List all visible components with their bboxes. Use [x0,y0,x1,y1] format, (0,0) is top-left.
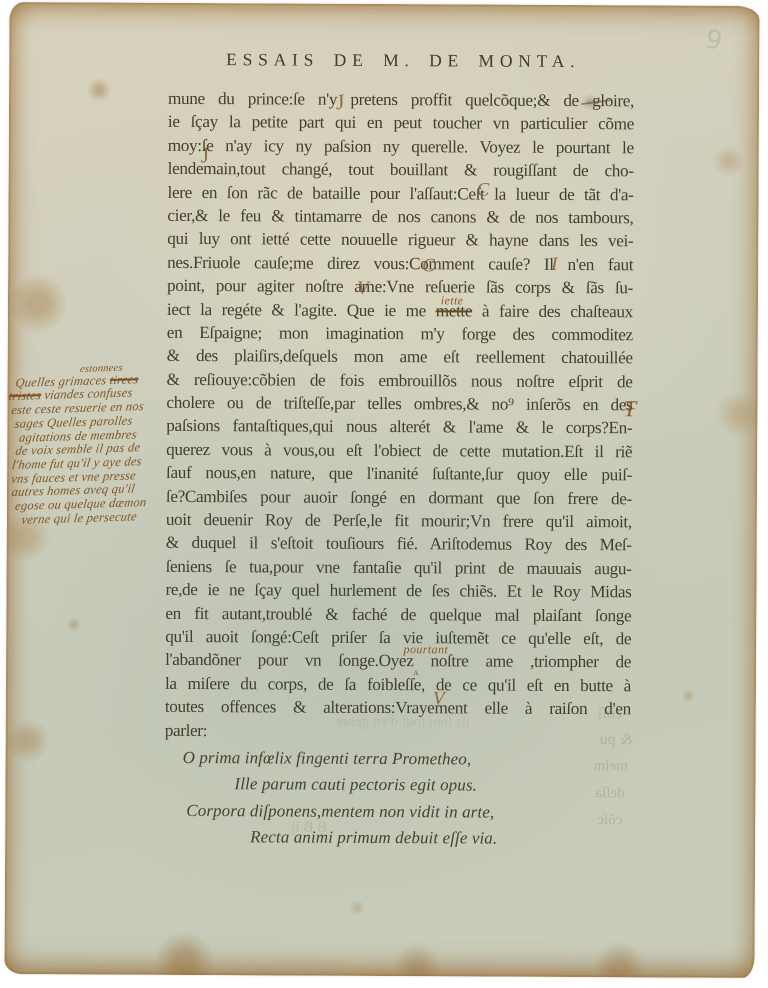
text-line: mune du prince:ſe n'y pretens proffit qu… [168,87,634,113]
verse-line: O prima infœlix fingenti terra Prometheo… [183,745,631,774]
ink-bleedthrough: meſm [594,758,628,775]
caret-mark: ʌ [413,662,418,685]
verse-line: Ille parum cauti pectoris egit opus. [234,772,630,800]
text-line-with-insertion: l'abandõner pour vn ſonge.Oyezpourtantʌ … [165,648,631,674]
text-line: la miſere du corps, de ſa foibleſſe, de … [165,672,631,698]
ink-correction-mark: C [477,180,490,199]
text-line: lendemain,tout changé, tout bouillant & … [168,157,634,183]
ink-bleedthrough: B B ij [291,820,327,837]
ink-bleedthrough: ils ſont tout d'vn genre [336,714,470,732]
text-segment: à faire des chaſteaux [472,301,633,321]
text-line: ſauf nous,en nature, que l'inanité ſuſta… [166,461,632,487]
verse-line: Corpora diſponens,mentem non vidit in ar… [186,798,630,827]
text-line: moy:ſe n'ay icy ny paſsion ny querelle. … [168,134,634,160]
text-line: nes.Friuole cauſe;me direz vous:Comment … [167,251,633,277]
ink-bleedthrough: & pu [600,731,633,749]
ink-correction-mark: I [551,255,557,274]
handwritten-marginalia: estonnees Quelles grimaces tirees triste… [8,360,185,527]
text-line: ſe?Cambiſes pour auoir ſongé en dormant … [166,485,632,511]
text-line: paſsions fantaſtiques,qui nous alterét &… [166,414,632,440]
text-line: point, pour agiter noſtre ame:Vne reſuer… [167,274,633,300]
ink-correction-mark: V [357,279,369,298]
text-line: & reſiouye:cõbien de fois embrouillõs no… [167,368,633,394]
ink-bleedthrough: deſſa [595,785,624,802]
text-line: ie ſçay la petite part qui en peut touch… [168,110,634,136]
text-line: qu'il auoit ſongé:Ceſt priſer ſa vie iuſ… [165,625,631,651]
text-line: uoit deuenir Roy de Perſe,le fit mourir;… [166,508,632,534]
text-line: & des plaiſirs,deſquels mon ame eſt reel… [167,344,633,370]
text-line: cholere ou de triſteſſe,par telles ombre… [166,391,632,417]
book-page: ESSAIS DE M. DE MONTA. 9 mune du prince:… [4,2,759,978]
ink-bleedthrough: cõſi [598,705,622,723]
text-line-with-correction: iect la regéte & l'agite. Que ie me mett… [167,297,633,323]
running-title: ESSAIS DE M. DE MONTA. [168,49,638,72]
text-line: cier,& le feu & tintamarre de nos canons… [167,204,633,230]
text-line: qui luy ont ietté cette nouuelle rigueur… [167,227,633,253]
text-line: querez vous à vous,ou eſt l'obiect de ce… [166,438,632,464]
pencil-page-mark: 9 [702,24,725,57]
text-segment: iect la regéte & l'agite. Que ie me [167,299,436,319]
ink-bleedthrough: cõſc [597,812,622,829]
paragraph-insertion-mark: Ŧ [623,397,636,420]
body-text: mune du prince:ſe n'y pretens proffit qu… [165,87,634,744]
interlinear-note: iette [441,289,464,313]
text-line: re,de ie ne ſçay quel hurlement de ſes c… [165,578,631,604]
marginalia-struck-word: tirees [109,372,140,387]
correction-wrap: metteiette [436,301,473,320]
text-line: & duquel il s'eſtoit touſiours fié. Ariſ… [166,531,632,557]
text-line: en fit autant,troublé & faché de quelque… [165,601,631,627]
marginalia-text: verne qui le persecute [21,509,138,526]
ink-correction-mark: C [422,256,435,275]
text-line: lere en ſon rãc de bataille pour l'aſſau… [167,180,633,206]
interlinear-note: pourtant [404,638,449,662]
text-line: ſeniens ſe tua,pour vne fantaſie qu'il p… [166,555,632,581]
text-segment: l'abandõner pour vn ſonge.Oyez [165,650,414,670]
ink-correction-mark: V [433,689,445,708]
text-line: en Eſpaigne; mon imagination m'y forge d… [167,321,633,347]
latin-verse: O prima infœlix fingenti terra Prometheo… [164,745,631,853]
marginalia-line: verne qui le persecute [21,509,186,528]
